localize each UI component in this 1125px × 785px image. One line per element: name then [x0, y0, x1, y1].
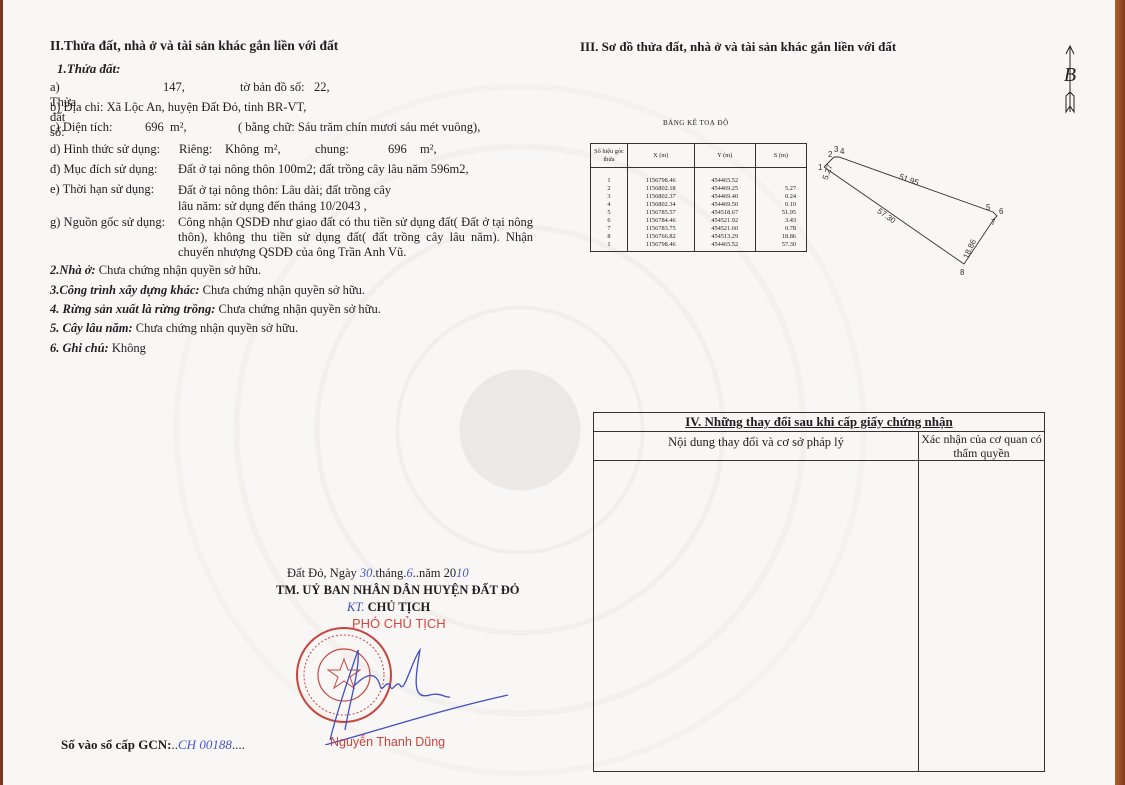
svg-text:4: 4	[840, 147, 845, 156]
svg-text:5: 5	[986, 203, 991, 212]
section2-title: II.Thửa đất, nhà ở và tài sản khác gắn l…	[50, 38, 338, 54]
coordinate-table-caption: BẢNG KÊ TOẠ ĐỘ	[663, 119, 729, 127]
shared-value: 696	[388, 142, 407, 157]
ownership-item-value: Chưa chứng nhận quyền sở hữu.	[99, 263, 261, 277]
private-value: Không	[225, 142, 259, 157]
land-subtitle: 1.Thửa đất:	[57, 61, 120, 77]
coordinate-row: 11156798.46454465.5257.30	[591, 241, 807, 252]
svg-text:5.27: 5.27	[821, 163, 835, 181]
origin-value: Công nhận QSDĐ như giao đất có thu tiền …	[178, 215, 533, 260]
ownership-item-label: 6. Ghi chú:	[50, 341, 112, 355]
svg-text:6: 6	[999, 207, 1004, 216]
coordinate-row: 41156802.34454469.500.10	[591, 201, 807, 209]
ownership-item: 2.Nhà ở: Chưa chứng nhận quyền sở hữu.	[50, 263, 261, 278]
issuing-authority: TM. UỶ BAN NHÂN DÂN HUYỆN ĐẤT ĐỎ	[276, 583, 520, 598]
area-value: 696	[145, 120, 164, 135]
authority-confirmation-header: Xác nhận của cơ quan có thẩm quyền	[918, 431, 1044, 461]
ownership-item: 3.Công trình xây dựng khác: Chưa chứng n…	[50, 283, 365, 298]
purpose-value: Đất ở tại nông thôn 100m2; đất trồng cây…	[178, 162, 469, 177]
ownership-item: 5. Cây lâu năm: Chưa chứng nhận quyền sở…	[50, 321, 298, 336]
coordinate-table-header: Số hiệu góc thửa	[591, 144, 628, 168]
registry-number: Số vào sổ cấp GCN:..CH 00188....	[61, 737, 245, 753]
svg-text:3: 3	[834, 145, 839, 154]
registry-value: CH 00188	[178, 737, 232, 752]
coordinate-row: 81156766.82454513.2918.86	[591, 233, 807, 241]
coordinate-table-header: Y (m)	[694, 144, 755, 168]
term-value: Đất ở tại nông thôn: Lâu dài; đất trồng …	[178, 182, 408, 214]
parcel-sketch: 123456785.2751.9518.8657.30	[810, 140, 1010, 280]
area-label: c) Diện tích:	[50, 120, 112, 135]
address-value: Xã Lộc An, huyện Đất Đỏ, tỉnh BR-VT,	[107, 100, 307, 114]
ownership-item-value: Chưa chứng nhận quyền sở hữu.	[203, 283, 365, 297]
coordinate-row: 31156802.37454469.400.24	[591, 193, 807, 201]
usage-form-label: d) Hình thức sử dụng:	[50, 142, 160, 157]
signer-name: Nguyễn Thanh Dũng	[330, 735, 445, 749]
page-edge-left	[0, 0, 3, 785]
ownership-item-label: 2.Nhà ở:	[50, 263, 99, 277]
ownership-item: 4. Rừng sản xuất là rừng trồng: Chưa chứ…	[50, 302, 381, 317]
map-sheet-number: 22,	[314, 80, 330, 95]
signature-icon	[320, 640, 510, 745]
area-unit: m²,	[170, 120, 187, 135]
private-label: Riêng:	[179, 142, 212, 157]
ownership-item-value: Chưa chứng nhận quyền sở hữu.	[219, 302, 381, 316]
changes-table: IV. Những thay đổi sau khi cấp giấy chứn…	[593, 412, 1045, 772]
svg-text:8: 8	[960, 268, 965, 277]
ownership-item-value: Chưa chứng nhận quyền sở hữu.	[136, 321, 298, 335]
svg-text:7: 7	[991, 218, 996, 227]
certificate-page: II.Thửa đất, nhà ở và tài sản khác gắn l…	[0, 0, 1125, 785]
area-in-words: ( bằng chữ: Sáu trăm chín mươi sáu mét v…	[238, 120, 480, 135]
issue-year: 10	[456, 566, 469, 580]
section3-title: III. Sơ đồ thửa đất, nhà ở và tài sản kh…	[580, 39, 896, 55]
column-divider	[918, 461, 919, 771]
signer-role: KT. CHỦ TỊCH	[347, 600, 430, 615]
svg-text:B: B	[1064, 64, 1076, 86]
coordinate-row: 11156798.46454465.52	[591, 168, 807, 186]
private-unit: m²,	[264, 142, 281, 157]
svg-text:51.95: 51.95	[898, 172, 920, 187]
svg-text:2: 2	[828, 150, 833, 159]
address-label: b) Địa chỉ:	[50, 100, 103, 114]
coordinate-row: 61156784.46454521.923.43	[591, 217, 807, 225]
changes-content-header: Nội dung thay đổi và cơ sở pháp lý	[594, 431, 918, 461]
svg-text:18.86: 18.86	[961, 237, 978, 259]
address-row: b) Địa chỉ: Xã Lộc An, huyện Đất Đỏ, tỉn…	[50, 100, 306, 115]
on-behalf-mark: KT.	[347, 600, 365, 614]
ownership-item-label: 5. Cây lâu năm:	[50, 321, 136, 335]
origin-label: g) Nguồn gốc sử dụng:	[50, 215, 165, 230]
shared-label: chung:	[315, 142, 349, 157]
coordinate-table-header: S (m)	[755, 144, 806, 168]
ownership-item-label: 4. Rừng sản xuất là rừng trồng:	[50, 302, 219, 316]
shared-unit: m²,	[420, 142, 437, 157]
term-label: e) Thời hạn sử dụng:	[50, 182, 154, 197]
coordinate-table: Số hiệu góc thửaX (m)Y (m)S (m) 11156798…	[590, 143, 807, 252]
issue-day: 30	[360, 566, 373, 580]
parcel-number: 147,	[163, 80, 185, 95]
section4-title: IV. Những thay đổi sau khi cấp giấy chứn…	[594, 413, 1044, 432]
ownership-item: 6. Ghi chú: Không	[50, 341, 146, 356]
svg-text:57.30: 57.30	[876, 207, 898, 226]
north-arrow-icon: B	[1058, 44, 1082, 116]
coordinate-row: 51156785.57454518.6751.95	[591, 209, 807, 217]
ownership-item-label: 3.Công trình xây dựng khác:	[50, 283, 203, 297]
coordinate-row: 21156802.18454469.255.27	[591, 185, 807, 193]
svg-text:1: 1	[818, 163, 823, 172]
purpose-label: đ) Mục đích sử dụng:	[50, 162, 157, 177]
coordinate-row: 71156783.75454521.600.78	[591, 225, 807, 233]
ownership-item-value: Không	[112, 341, 146, 355]
coordinate-table-header: X (m)	[628, 144, 695, 168]
issue-date: Đất Đỏ, Ngày 30.tháng.6..năm 2010	[287, 566, 469, 581]
page-edge-right	[1115, 0, 1125, 785]
